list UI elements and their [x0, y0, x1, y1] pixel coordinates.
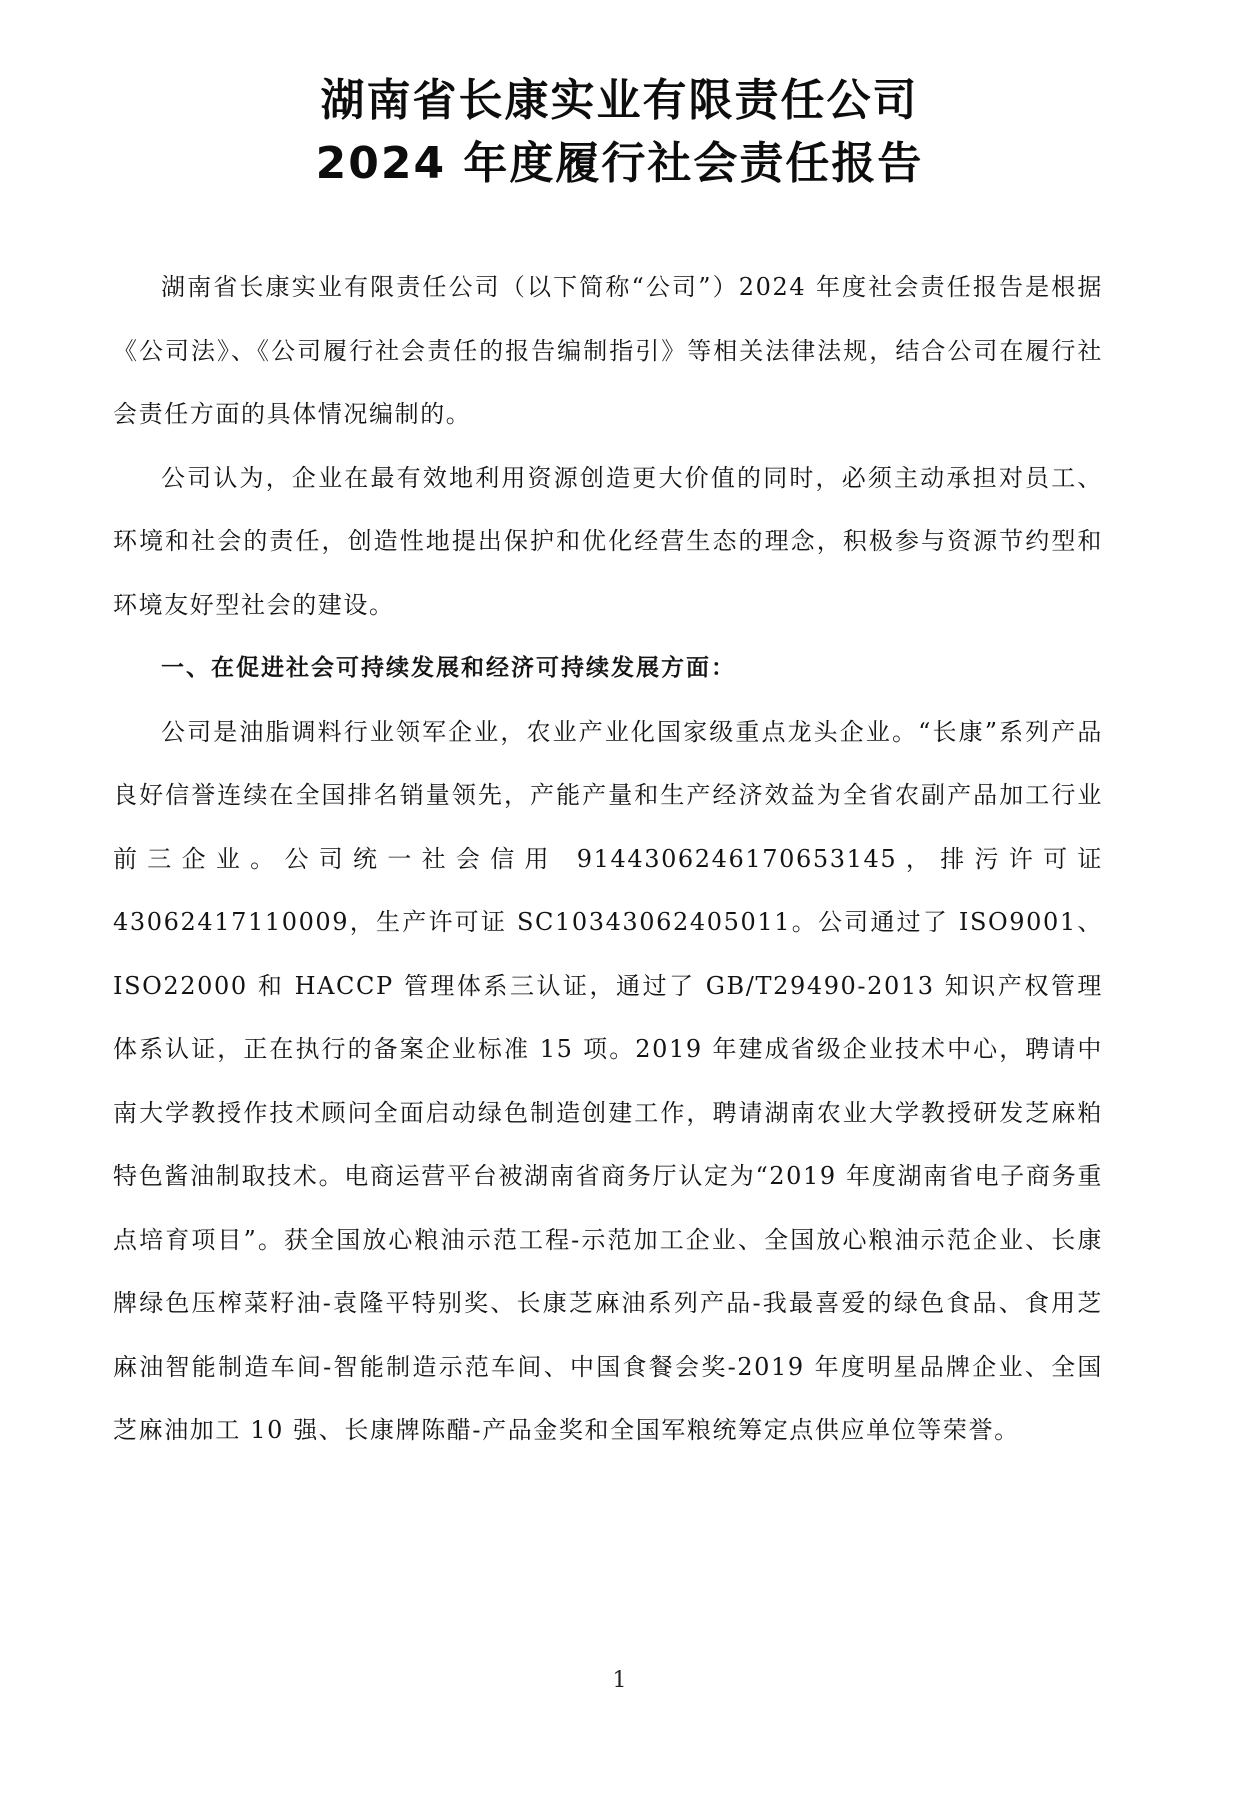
document-page: 湖南省长康实业有限责任公司 2024 年度履行社会责任报告 湖南省长康实业有限责…: [0, 0, 1239, 1808]
document-title-company: 湖南省长康实业有限责任公司: [0, 73, 1239, 129]
philosophy-paragraph: 公司认为，企业在最有效地利用资源创造更大价值的同时，必须主动承担对员工、环境和社…: [113, 447, 1103, 638]
document-body: 湖南省长康实业有限责任公司（以下简称“公司”）2024 年度社会责任报告是根据《…: [113, 256, 1103, 1463]
intro-paragraph: 湖南省长康实业有限责任公司（以下简称“公司”）2024 年度社会责任报告是根据《…: [113, 256, 1103, 447]
section-heading-1: 一、在促进社会可持续发展和经济可持续发展方面：: [113, 637, 1103, 701]
company-profile-paragraph: 公司是油脂调料行业领军企业，农业产业化国家级重点龙头企业。“长康”系列产品良好信…: [113, 701, 1103, 1463]
document-title-report: 2024 年度履行社会责任报告: [0, 136, 1239, 192]
page-number: 1: [0, 1668, 1239, 1693]
